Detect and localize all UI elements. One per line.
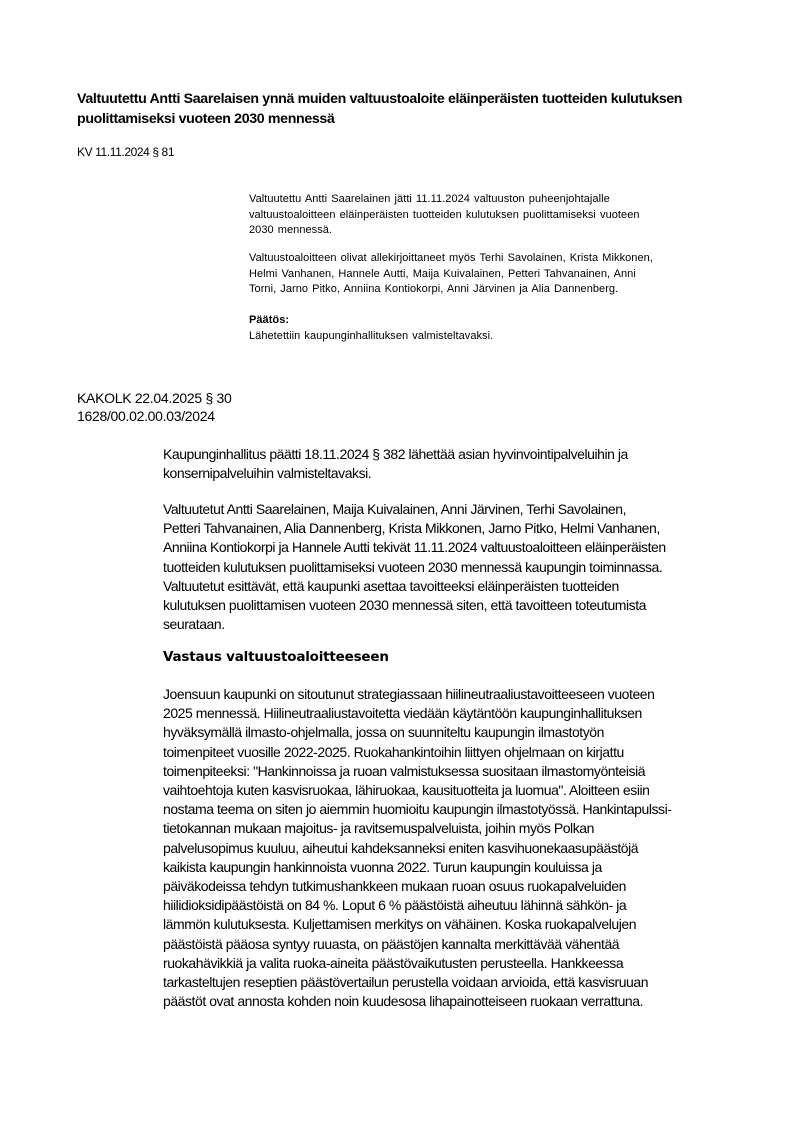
answer-heading: Vastaus valtuustoaloitteeseen — [163, 647, 389, 667]
kv-reference: KV 11.11.2024 § 81 — [77, 144, 174, 160]
kakolk-paragraph-initiative-summary: Valtuutetut Antti Saarelainen, Maija Kui… — [163, 500, 666, 634]
text-line: ruokahävikkiä ja valita ruoka-aineita pä… — [163, 954, 671, 973]
text-line: Torni, Jarno Pitko, Anniina Kontiokorpi,… — [249, 282, 653, 298]
text-line: lämmön kulutuksesta. Kuljettamisen merki… — [163, 915, 671, 934]
kv-paragraph-signatories: Valtuustoaloitteen olivat allekirjoittan… — [249, 251, 653, 298]
text-line: hyväksymällä ilmasto-ohjelmalla, jossa o… — [163, 723, 671, 742]
text-line: toimenpiteet vuosille 2022-2025. Ruokaha… — [163, 743, 671, 762]
text-line: palvelusopimus kuuluu, aiheutui kahdeksa… — [163, 839, 671, 858]
kakolk-header: KAKOLK 22.04.2025 § 30 1628/00.02.00.03/… — [77, 389, 232, 425]
text-line: Valtuustoaloitteen olivat allekirjoittan… — [249, 251, 653, 267]
title-line: Valtuutettu Antti Saarelaisen ynnä muide… — [77, 89, 682, 109]
text-line: seurataan. — [163, 615, 666, 634]
text-line: nostama teema on siten jo aiemmin huomio… — [163, 800, 671, 819]
text-line: Valtuutetut esittävät, että kaupunki ase… — [163, 577, 666, 596]
text-line: 2025 mennessä. Hiilineutraaliustavoitett… — [163, 704, 671, 723]
text-line: tarkasteltujen reseptien päästövertailun… — [163, 973, 671, 992]
text-line: päästöt ovat annosta kohden noin kuudeso… — [163, 992, 671, 1011]
kv-paragraph-initiative: Valtuutettu Antti Saarelainen jätti 11.1… — [249, 192, 640, 239]
text-line: toimenpiteeksi: "Hankinnoissa ja ruoan v… — [163, 762, 671, 781]
title-line: puolittamiseksi vuoteen 2030 mennessä — [77, 109, 682, 129]
text-line: konsernipalveluihin valmisteltavaksi. — [163, 464, 628, 483]
text-line: päiväkodeissa tehdyn tutkimushankkeen mu… — [163, 877, 671, 896]
document-page: { "document": { "title_lines": [ "Valtuu… — [0, 0, 794, 1122]
document-title: Valtuutettu Antti Saarelaisen ynnä muide… — [77, 89, 682, 129]
decision-label: Päätös: — [249, 313, 493, 329]
text-line: vaihtoehtoja kuten kasvisruokaa, lähiruo… — [163, 781, 671, 800]
text-line: Joensuun kaupunki on sitoutunut strategi… — [163, 685, 671, 704]
kakolk-reference: KAKOLK 22.04.2025 § 30 — [77, 389, 232, 407]
text-line: hiilidioksidipäästöistä on 84 %. Loput 6… — [163, 896, 671, 915]
text-line: kulutuksen puolittamisen vuoteen 2030 me… — [163, 596, 666, 615]
answer-paragraph: Joensuun kaupunki on sitoutunut strategi… — [163, 685, 671, 1011]
text-line: Valtuutettu Antti Saarelainen jätti 11.1… — [249, 192, 640, 208]
text-line: päästöistä pääosa syntyy ruuasta, on pää… — [163, 935, 671, 954]
decision-text: Lähetettiin kaupunginhallituksen valmist… — [249, 329, 493, 345]
text-line: Helmi Vanhanen, Hannele Autti, Maija Kui… — [249, 267, 653, 283]
record-number: 1628/00.02.00.03/2024 — [77, 407, 232, 425]
kv-decision: Päätös: Lähetettiin kaupunginhallituksen… — [249, 313, 493, 344]
text-line: tietokannan mukaan majoitus- ja ravitsem… — [163, 819, 671, 838]
text-line: tuotteiden kulutuksen puolittamiseksi vu… — [163, 558, 666, 577]
text-line: 2030 mennessä. — [249, 223, 640, 239]
text-line: Valtuutetut Antti Saarelainen, Maija Kui… — [163, 500, 666, 519]
text-line: Anniina Kontiokorpi ja Hannele Autti tek… — [163, 538, 666, 557]
text-line: Petteri Tahvanainen, Alia Dannenberg, Kr… — [163, 519, 666, 538]
text-line: kaikista kaupungin hankinnoista vuonna 2… — [163, 858, 671, 877]
kakolk-paragraph-referral: Kaupunginhallitus päätti 18.11.2024 § 38… — [163, 445, 628, 483]
text-line: Kaupunginhallitus päätti 18.11.2024 § 38… — [163, 445, 628, 464]
text-line: valtuustoaloitteen eläinperäisten tuotte… — [249, 208, 640, 224]
